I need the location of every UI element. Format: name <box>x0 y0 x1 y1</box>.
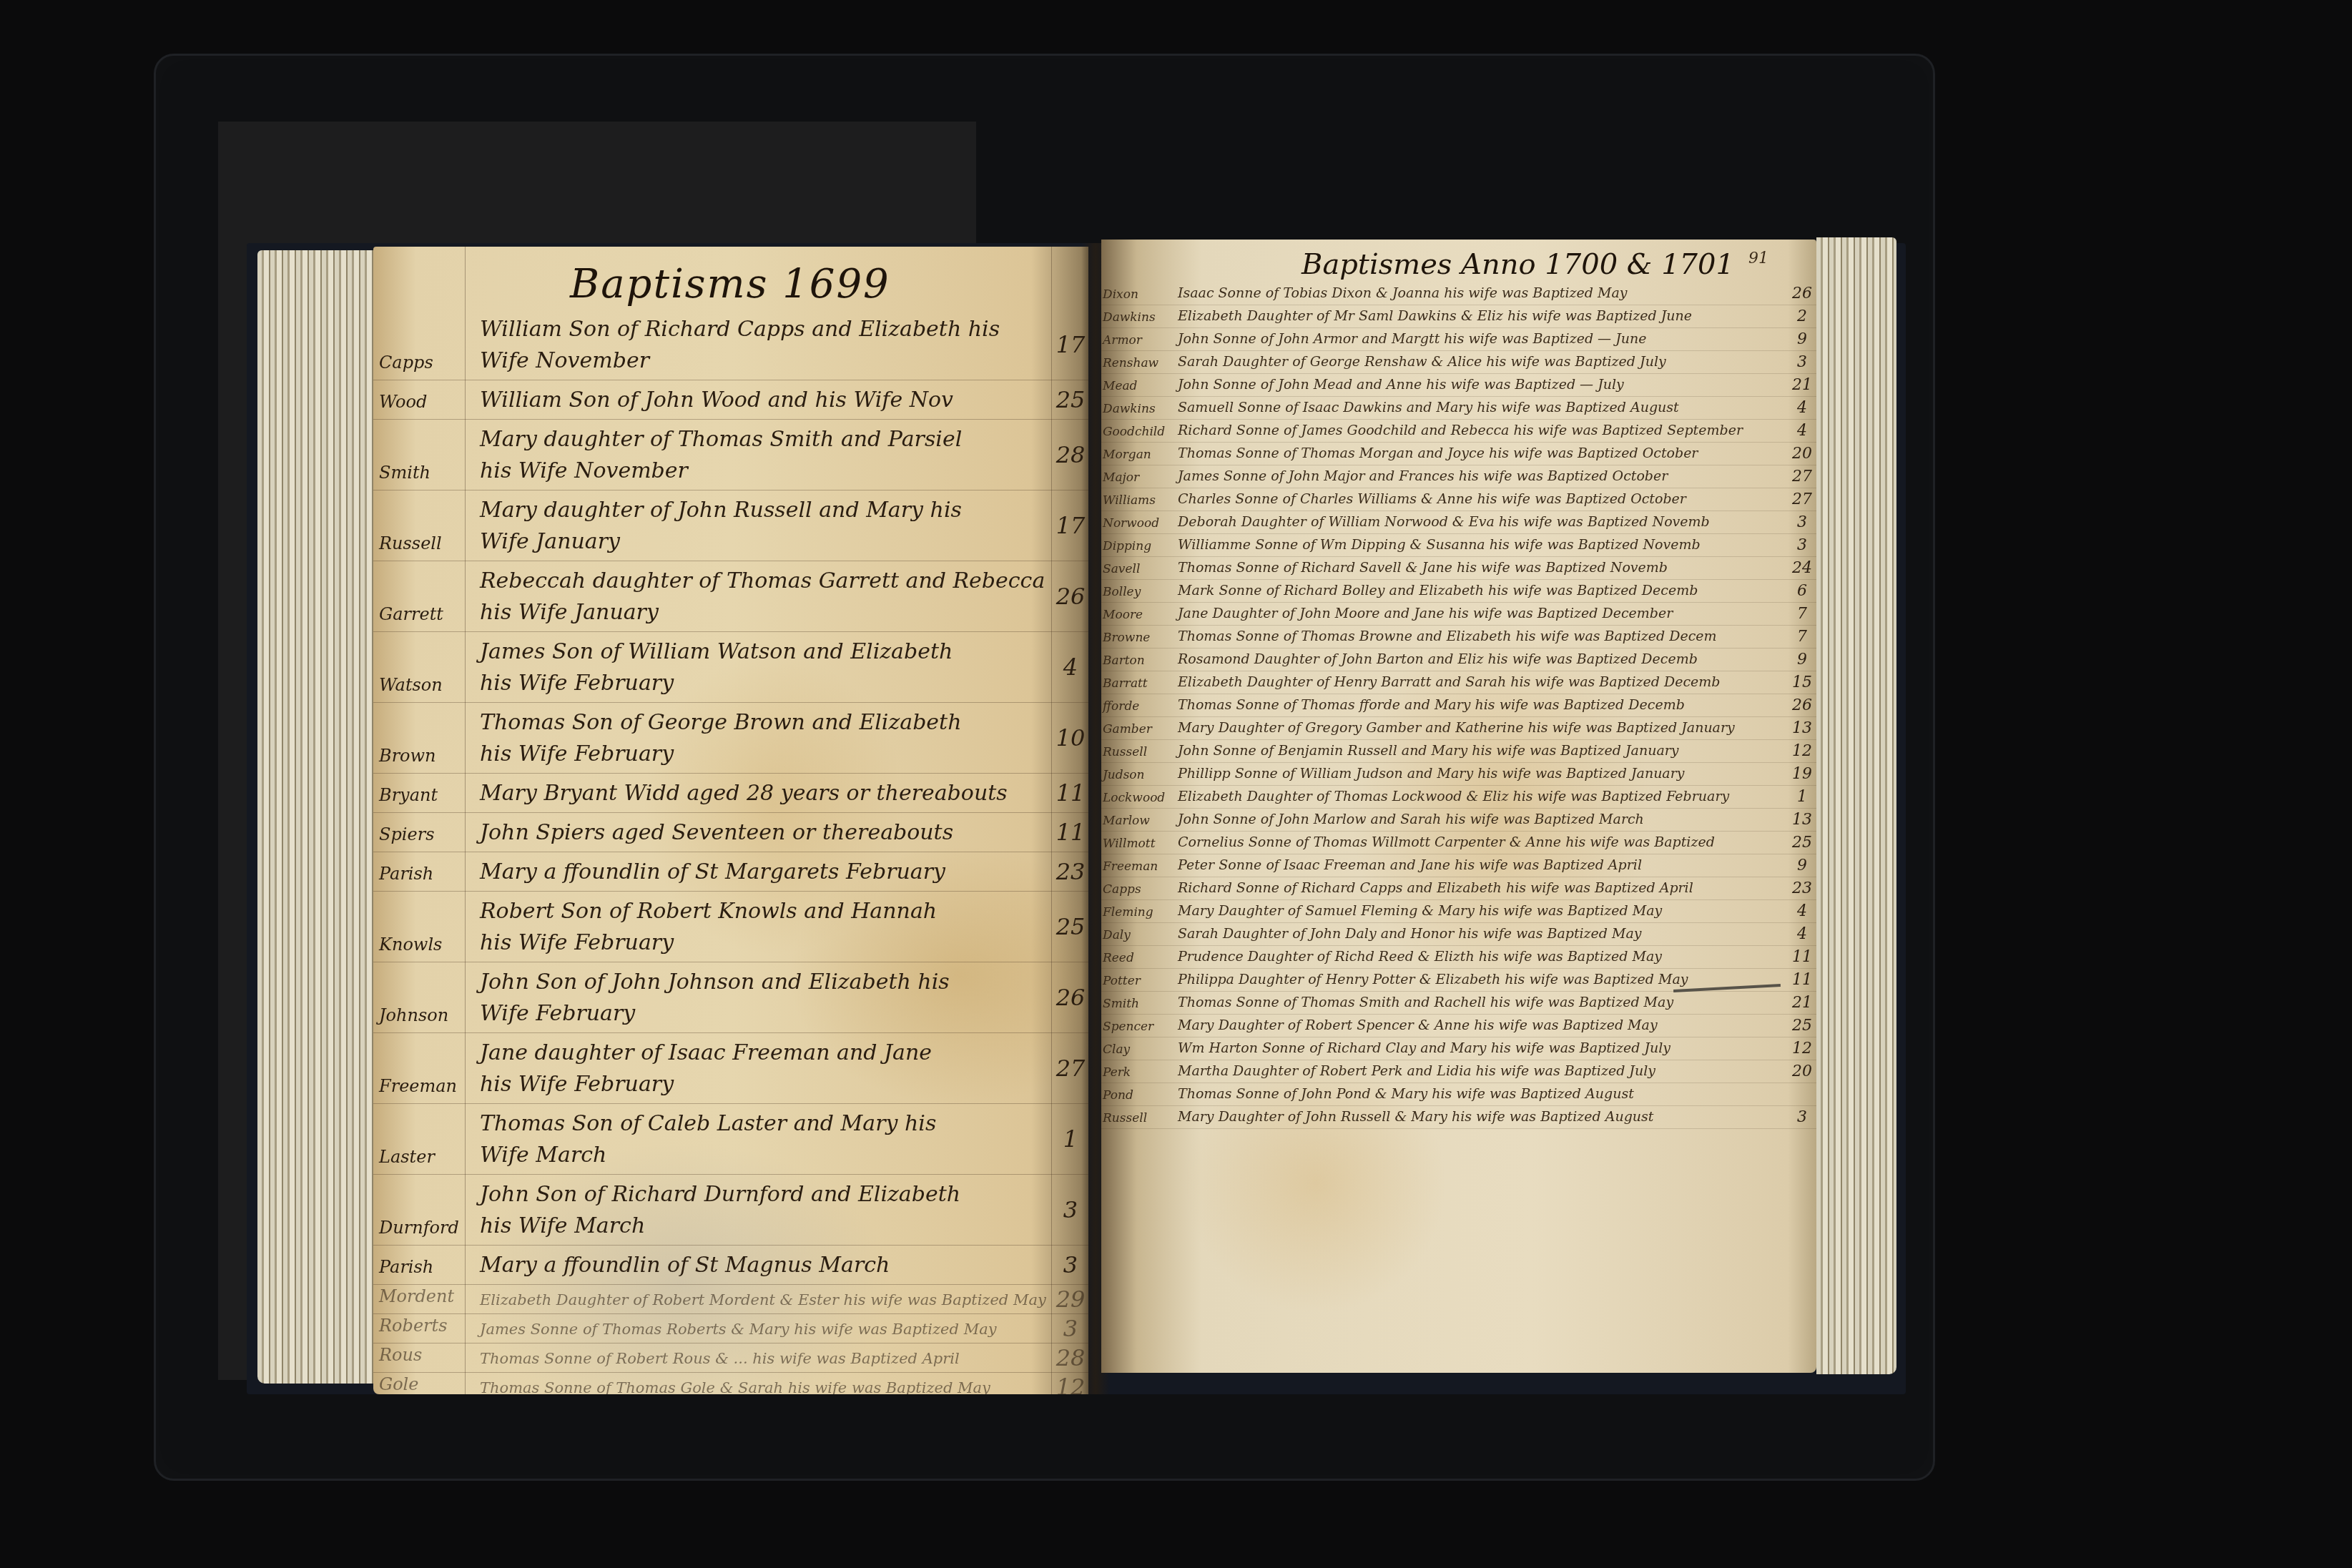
entry-surname: Capps <box>1101 877 1171 899</box>
entry-text: Williamme Sonne of Wm Dipping & Susanna … <box>1171 534 1788 556</box>
entry-text: Thomas Sonne of Thomas Morgan and Joyce … <box>1171 443 1788 465</box>
entry-surname: Bryant <box>373 774 468 812</box>
baptism-entry: Russell John Sonne of Benjamin Russell a… <box>1101 740 1816 763</box>
entry-day: 27 <box>1788 465 1816 488</box>
entry-day: 26 <box>1788 694 1816 716</box>
entry-text: Thomas Sonne of Thomas Gole & Sarah his … <box>468 1373 1053 1394</box>
baptism-entry: Johnson John Son of John Johnson and Eli… <box>373 962 1088 1033</box>
entry-text: Thomas Sonne of Richard Savell & Jane hi… <box>1171 557 1788 579</box>
entry-surname: Russell <box>373 490 468 561</box>
entry-day: 12 <box>1788 740 1816 762</box>
baptism-entry: Rous Thomas Sonne of Robert Rous & ... h… <box>373 1343 1088 1373</box>
entry-surname: Capps <box>373 310 468 380</box>
entry-day: 21 <box>1788 374 1816 396</box>
entry-text: William Son of Richard Capps and Elizabe… <box>468 310 1053 380</box>
entry-surname: Garrett <box>373 561 468 631</box>
baptism-entry: Russell Mary Daughter of John Russell & … <box>1101 1106 1816 1129</box>
entry-day: 25 <box>1788 832 1816 854</box>
entry-line: Mary daughter of Thomas Smith and Parsie… <box>480 424 1050 455</box>
entry-surname: Moore <box>1101 603 1171 625</box>
baptism-entry: Renshaw Sarah Daughter of George Renshaw… <box>1101 351 1816 374</box>
entry-text: Isaac Sonne of Tobias Dixon & Joanna his… <box>1171 282 1788 305</box>
baptism-entry: Marlow John Sonne of John Marlow and Sar… <box>1101 809 1816 832</box>
entry-text: Mark Sonne of Richard Bolley and Elizabe… <box>1171 580 1788 602</box>
entry-line: his Wife November <box>480 455 1050 487</box>
entry-text: Rosamond Daughter of John Barton and Eli… <box>1171 649 1788 671</box>
entry-line: John Son of Richard Durnford and Elizabe… <box>480 1179 1050 1210</box>
entry-text: Prudence Daughter of Richd Reed & Elizth… <box>1171 946 1788 968</box>
entry-text: Elizabeth Daughter of Henry Barratt and … <box>1171 671 1788 694</box>
baptism-entry: Smith Mary daughter of Thomas Smith and … <box>373 420 1088 490</box>
entry-surname: Smith <box>373 420 468 490</box>
entry-text: Thomas Son of George Brown and Elizabeth… <box>468 703 1053 773</box>
entry-day: 7 <box>1788 603 1816 625</box>
entry-line: Wife January <box>480 526 1050 558</box>
baptism-entries: Capps William Son of Richard Capps and E… <box>373 310 1088 1394</box>
entry-day: 6 <box>1788 580 1816 602</box>
baptism-entry: Major James Sonne of John Major and Fran… <box>1101 465 1816 488</box>
baptism-entry: Durnford John Son of Richard Durnford an… <box>373 1175 1088 1246</box>
entry-surname: Bolley <box>1101 580 1171 602</box>
entry-surname: Brown <box>373 703 468 773</box>
entry-day: 4 <box>1788 420 1816 442</box>
baptism-entry: Pond Thomas Sonne of John Pond & Mary hi… <box>1101 1083 1816 1106</box>
left-page: Baptisms 1699 Capps William Son of Richa… <box>373 247 1088 1394</box>
entry-line: his Wife January <box>480 597 1050 628</box>
entry-surname: Mordent <box>373 1285 468 1313</box>
entry-day: 12 <box>1788 1037 1816 1060</box>
entry-text: John Sonne of John Armor and Margtt his … <box>1171 328 1788 350</box>
entry-line: James Son of William Watson and Elizabet… <box>480 636 1050 668</box>
baptism-entry: Russell Mary daughter of John Russell an… <box>373 490 1088 561</box>
entry-text: Samuell Sonne of Isaac Dawkins and Mary … <box>1171 397 1788 419</box>
entry-day: 4 <box>1788 923 1816 945</box>
entry-text: John Sonne of John Marlow and Sarah his … <box>1171 809 1788 831</box>
entry-surname: Perk <box>1101 1060 1171 1083</box>
entry-text: Mary Daughter of Robert Spencer & Anne h… <box>1171 1015 1788 1037</box>
entry-line: Thomas Son of Caleb Laster and Mary his <box>480 1108 1050 1140</box>
entry-surname: Parish <box>373 1246 468 1284</box>
entry-text: Thomas Son of Caleb Laster and Mary hisW… <box>468 1104 1053 1174</box>
entry-surname: Armor <box>1101 328 1171 350</box>
entry-day: 3 <box>1788 351 1816 373</box>
entry-text: Mary Daughter of Samuel Fleming & Mary h… <box>1171 900 1788 922</box>
entry-day: 11 <box>1788 946 1816 968</box>
entry-day: 24 <box>1788 557 1816 579</box>
entry-surname: Potter <box>1101 969 1171 991</box>
entry-surname: Marlow <box>1101 809 1171 831</box>
entry-day: 3 <box>1788 511 1816 533</box>
entry-text: Wm Harton Sonne of Richard Clay and Mary… <box>1171 1037 1788 1060</box>
baptism-entry: Lockwood Elizabeth Daughter of Thomas Lo… <box>1101 786 1816 809</box>
entry-surname: Savell <box>1101 557 1171 579</box>
entry-text: Phillipp Sonne of William Judson and Mar… <box>1171 763 1788 785</box>
entry-surname: Spencer <box>1101 1015 1171 1037</box>
entry-text: Mary daughter of John Russell and Mary h… <box>468 490 1053 561</box>
entry-day: 9 <box>1788 854 1816 877</box>
entry-surname: Major <box>1101 465 1171 488</box>
entry-day: 26 <box>1788 282 1816 305</box>
entry-text: Peter Sonne of Isaac Freeman and Jane hi… <box>1171 854 1788 877</box>
entry-surname: Reed <box>1101 946 1171 968</box>
entry-text: John Son of Richard Durnford and Elizabe… <box>468 1175 1053 1245</box>
entry-day: 9 <box>1788 649 1816 671</box>
entry-surname: Gole <box>373 1373 468 1394</box>
entry-surname: Knowls <box>373 892 468 962</box>
entry-text: Thomas Sonne of Thomas Browne and Elizab… <box>1171 626 1788 648</box>
entry-surname: Williams <box>1101 488 1171 511</box>
entry-line: John Spiers aged Seventeen or thereabout… <box>480 817 1050 849</box>
entry-surname: Gamber <box>1101 717 1171 739</box>
entry-text: Mary Daughter of Gregory Gamber and Kath… <box>1171 717 1788 739</box>
entry-surname: Daly <box>1101 923 1171 945</box>
entry-surname: Dipping <box>1101 534 1171 556</box>
entry-text: Mary Daughter of John Russell & Mary his… <box>1171 1106 1788 1128</box>
entry-surname: Roberts <box>373 1314 468 1343</box>
entry-text: John Spiers aged Seventeen or thereabout… <box>468 813 1053 852</box>
entry-surname: Norwood <box>1101 511 1171 533</box>
entry-surname: Parish <box>373 852 468 891</box>
entry-surname: Fleming <box>1101 900 1171 922</box>
entry-text: Richard Sonne of Richard Capps and Eliza… <box>1171 877 1788 899</box>
baptism-entry: Brown Thomas Son of George Brown and Eli… <box>373 703 1088 774</box>
entry-line: Thomas Son of George Brown and Elizabeth <box>480 707 1050 739</box>
entry-line: William Son of Richard Capps and Elizabe… <box>480 314 1050 345</box>
baptism-entry: Freeman Peter Sonne of Isaac Freeman and… <box>1101 854 1816 877</box>
entry-surname: Laster <box>373 1104 468 1174</box>
baptism-entry: Watson James Son of William Watson and E… <box>373 632 1088 703</box>
baptism-entry: Daly Sarah Daughter of John Daly and Hon… <box>1101 923 1816 946</box>
entry-day: 11 <box>1788 969 1816 991</box>
baptism-entry: Judson Phillipp Sonne of William Judson … <box>1101 763 1816 786</box>
entry-surname: Pond <box>1101 1083 1171 1105</box>
baptism-entry: Spiers John Spiers aged Seventeen or the… <box>373 813 1088 852</box>
entry-day: 3 <box>1788 1106 1816 1128</box>
entry-day: 23 <box>1788 877 1816 899</box>
entry-surname: Clay <box>1101 1037 1171 1060</box>
entry-line: his Wife February <box>480 1069 1050 1100</box>
baptism-entry: Fleming Mary Daughter of Samuel Fleming … <box>1101 900 1816 923</box>
baptism-entry: Capps Richard Sonne of Richard Capps and… <box>1101 877 1816 900</box>
entry-day: 1 <box>1788 786 1816 808</box>
baptism-entry: Gole Thomas Sonne of Thomas Gole & Sarah… <box>373 1373 1088 1394</box>
baptism-entry: Barratt Elizabeth Daughter of Henry Barr… <box>1101 671 1816 694</box>
entry-text: Mary Bryant Widd aged 28 years or therea… <box>468 774 1053 812</box>
entry-text: Thomas Sonne of Robert Rous & ... his wi… <box>468 1343 1053 1372</box>
entry-day: 19 <box>1788 763 1816 785</box>
entry-day: 25 <box>1788 1015 1816 1037</box>
entry-text: Cornelius Sonne of Thomas Willmott Carpe… <box>1171 832 1788 854</box>
entry-text: Rebeccah daughter of Thomas Garrett and … <box>468 561 1053 631</box>
entry-surname: Lockwood <box>1101 786 1171 808</box>
baptism-entry: Savell Thomas Sonne of Richard Savell & … <box>1101 557 1816 580</box>
entry-text: James Sonne of Thomas Roberts & Mary his… <box>468 1314 1053 1343</box>
entry-surname: Rous <box>373 1343 468 1372</box>
entry-line: his Wife February <box>480 739 1050 770</box>
entry-day: 4 <box>1788 397 1816 419</box>
entry-line: Wife March <box>480 1140 1050 1171</box>
entry-surname: Willmott <box>1101 832 1171 854</box>
baptism-entry: Norwood Deborah Daughter of William Norw… <box>1101 511 1816 534</box>
baptism-entry: Reed Prudence Daughter of Richd Reed & E… <box>1101 946 1816 969</box>
entry-text: Sarah Daughter of John Daly and Honor hi… <box>1171 923 1788 945</box>
entry-day: 21 <box>1788 992 1816 1014</box>
entry-surname: Renshaw <box>1101 351 1171 373</box>
entry-text: John Sonne of Benjamin Russell and Mary … <box>1171 740 1788 762</box>
entry-text: Thomas Sonne of Thomas Smith and Rachell… <box>1171 992 1788 1014</box>
entry-text: Jane daughter of Isaac Freeman and Janeh… <box>468 1033 1053 1103</box>
baptism-entry: Bryant Mary Bryant Widd aged 28 years or… <box>373 774 1088 813</box>
entry-surname: Dawkins <box>1101 305 1171 327</box>
entry-day: 20 <box>1788 443 1816 465</box>
entry-surname: Johnson <box>373 962 468 1032</box>
entry-line: Thomas Sonne of Robert Rous & ... his wi… <box>480 1348 1050 1369</box>
entry-text: James Son of William Watson and Elizabet… <box>468 632 1053 702</box>
entry-line: James Sonne of Thomas Roberts & Mary his… <box>480 1318 1050 1340</box>
entry-surname: Spiers <box>373 813 468 852</box>
entry-text: Mary a ffoundlin of St Magnus March <box>468 1246 1053 1284</box>
entry-line: Mary Bryant Widd aged 28 years or therea… <box>480 778 1050 809</box>
entry-text: Charles Sonne of Charles Williams & Anne… <box>1171 488 1788 511</box>
entry-surname: Watson <box>373 632 468 702</box>
entry-day: 20 <box>1788 1060 1816 1083</box>
entry-surname: Barton <box>1101 649 1171 671</box>
entry-day: 7 <box>1788 626 1816 648</box>
entry-surname: fforde <box>1101 694 1171 716</box>
baptism-entry: Smith Thomas Sonne of Thomas Smith and R… <box>1101 992 1816 1015</box>
entry-surname: Dawkins <box>1101 397 1171 419</box>
baptism-entry: Goodchild Richard Sonne of James Goodchi… <box>1101 420 1816 443</box>
baptism-entry: Freeman Jane daughter of Isaac Freeman a… <box>373 1033 1088 1104</box>
entry-text: James Sonne of John Major and Frances hi… <box>1171 465 1788 488</box>
entry-text: Elizabeth Daughter of Robert Mordent & E… <box>468 1285 1053 1313</box>
baptism-entry: Roberts James Sonne of Thomas Roberts & … <box>373 1314 1088 1343</box>
baptism-entry: Gamber Mary Daughter of Gregory Gamber a… <box>1101 717 1816 740</box>
entry-surname: Goodchild <box>1101 420 1171 442</box>
right-page: Baptismes Anno 1700 & 1701 91 Dixon Isaa… <box>1101 240 1816 1373</box>
entry-surname: Russell <box>1101 1106 1171 1128</box>
entry-surname: Barratt <box>1101 671 1171 694</box>
entry-text: Thomas Sonne of Thomas fforde and Mary h… <box>1171 694 1788 716</box>
entry-text: Sarah Daughter of George Renshaw & Alice… <box>1171 351 1788 373</box>
entry-text: Mary daughter of Thomas Smith and Parsie… <box>468 420 1053 490</box>
entry-line: Mary a ffoundlin of St Margarets Februar… <box>480 857 1050 888</box>
entry-text: Thomas Sonne of John Pond & Mary his wif… <box>1171 1083 1788 1105</box>
baptism-entry: Garrett Rebeccah daughter of Thomas Garr… <box>373 561 1088 632</box>
baptism-entry: Bolley Mark Sonne of Richard Bolley and … <box>1101 580 1816 603</box>
entry-day: 27 <box>1788 488 1816 511</box>
entry-day: 15 <box>1788 671 1816 694</box>
baptism-entry: Browne Thomas Sonne of Thomas Browne and… <box>1101 626 1816 649</box>
entry-day <box>1788 1083 1816 1105</box>
entry-surname: Browne <box>1101 626 1171 648</box>
baptism-entry: Barton Rosamond Daughter of John Barton … <box>1101 649 1816 671</box>
baptism-entry: Laster Thomas Son of Caleb Laster and Ma… <box>373 1104 1088 1175</box>
entry-day: 13 <box>1788 809 1816 831</box>
entry-text: John Sonne of John Mead and Anne his wif… <box>1171 374 1788 396</box>
baptism-entry: Dipping Williamme Sonne of Wm Dipping & … <box>1101 534 1816 557</box>
entry-line: Robert Son of Robert Knowls and Hannah <box>480 896 1050 927</box>
entry-surname: Dixon <box>1101 282 1171 305</box>
left-page-stack <box>257 250 375 1384</box>
entry-surname: Morgan <box>1101 443 1171 465</box>
entry-line: his Wife March <box>480 1210 1050 1242</box>
baptism-entry: fforde Thomas Sonne of Thomas fforde and… <box>1101 694 1816 717</box>
baptism-entry: Perk Martha Daughter of Robert Perk and … <box>1101 1060 1816 1083</box>
entry-surname: Freeman <box>1101 854 1171 877</box>
entry-line: his Wife February <box>480 927 1050 959</box>
baptism-entry: Morgan Thomas Sonne of Thomas Morgan and… <box>1101 443 1816 465</box>
entry-day: 2 <box>1788 305 1816 327</box>
entry-line: Wife February <box>480 998 1050 1030</box>
baptism-entry: Moore Jane Daughter of John Moore and Ja… <box>1101 603 1816 626</box>
entry-line: Elizabeth Daughter of Robert Mordent & E… <box>480 1289 1050 1311</box>
baptism-entry: Parish Mary a ffoundlin of St Magnus Mar… <box>373 1246 1088 1285</box>
entry-text: Deborah Daughter of William Norwood & Ev… <box>1171 511 1788 533</box>
entry-day: 13 <box>1788 717 1816 739</box>
baptism-entry: Willmott Cornelius Sonne of Thomas Willm… <box>1101 832 1816 854</box>
baptism-entry: Mead John Sonne of John Mead and Anne hi… <box>1101 374 1816 397</box>
entry-line: Jane daughter of Isaac Freeman and Jane <box>480 1037 1050 1069</box>
entry-line: Wife November <box>480 345 1050 377</box>
entry-line: Mary daughter of John Russell and Mary h… <box>480 495 1050 526</box>
baptism-entry: Mordent Elizabeth Daughter of Robert Mor… <box>373 1285 1088 1314</box>
entry-line: Rebeccah daughter of Thomas Garrett and … <box>480 566 1050 597</box>
entry-surname: Wood <box>373 380 468 419</box>
entry-line: Thomas Sonne of Thomas Gole & Sarah his … <box>480 1377 1050 1394</box>
entry-day: 9 <box>1788 328 1816 350</box>
baptism-entry: Dixon Isaac Sonne of Tobias Dixon & Joan… <box>1101 282 1816 305</box>
entry-day: 4 <box>1788 900 1816 922</box>
entry-surname: Freeman <box>373 1033 468 1103</box>
entry-surname: Judson <box>1101 763 1171 785</box>
entry-text: Elizabeth Daughter of Mr Saml Dawkins & … <box>1171 305 1788 327</box>
entry-surname: Durnford <box>373 1175 468 1245</box>
baptism-entry: Armor John Sonne of John Armor and Margt… <box>1101 328 1816 351</box>
entry-surname: Mead <box>1101 374 1171 396</box>
baptism-entries: Dixon Isaac Sonne of Tobias Dixon & Joan… <box>1101 282 1816 1129</box>
entry-surname: Russell <box>1101 740 1171 762</box>
baptism-entry: Capps William Son of Richard Capps and E… <box>373 310 1088 380</box>
entry-text: Jane Daughter of John Moore and Jane his… <box>1171 603 1788 625</box>
entry-day: 3 <box>1788 534 1816 556</box>
entry-line: William Son of John Wood and his Wife No… <box>480 385 1050 416</box>
page-title: Baptisms 1699 <box>570 261 890 307</box>
baptism-entry: Clay Wm Harton Sonne of Richard Clay and… <box>1101 1037 1816 1060</box>
entry-line: Mary a ffoundlin of St Magnus March <box>480 1250 1050 1281</box>
entry-line: his Wife February <box>480 668 1050 699</box>
page-title: Baptismes Anno 1700 & 1701 <box>1302 248 1734 281</box>
entry-line: John Son of John Johnson and Elizabeth h… <box>480 967 1050 998</box>
entry-text: Mary a ffoundlin of St Margarets Februar… <box>468 852 1053 891</box>
entry-text: Elizabeth Daughter of Thomas Lockwood & … <box>1171 786 1788 808</box>
baptism-entry: Spencer Mary Daughter of Robert Spencer … <box>1101 1015 1816 1037</box>
baptism-entry: Williams Charles Sonne of Charles Willia… <box>1101 488 1816 511</box>
baptism-entry: Dawkins Samuell Sonne of Isaac Dawkins a… <box>1101 397 1816 420</box>
entry-surname: Smith <box>1101 992 1171 1014</box>
entry-text: Richard Sonne of James Goodchild and Reb… <box>1171 420 1788 442</box>
baptism-entry: Knowls Robert Son of Robert Knowls and H… <box>373 892 1088 962</box>
entry-text: William Son of John Wood and his Wife No… <box>468 380 1053 419</box>
entry-text: Martha Daughter of Robert Perk and Lidia… <box>1171 1060 1788 1083</box>
entry-text: Robert Son of Robert Knowls and Hannahhi… <box>468 892 1053 962</box>
right-page-stack <box>1816 237 1896 1374</box>
baptism-entry: Dawkins Elizabeth Daughter of Mr Saml Da… <box>1101 305 1816 328</box>
baptism-entry: Wood William Son of John Wood and his Wi… <box>373 380 1088 420</box>
baptism-entry: Parish Mary a ffoundlin of St Margarets … <box>373 852 1088 892</box>
folio-number: 91 <box>1748 250 1768 267</box>
entry-text: John Son of John Johnson and Elizabeth h… <box>468 962 1053 1032</box>
